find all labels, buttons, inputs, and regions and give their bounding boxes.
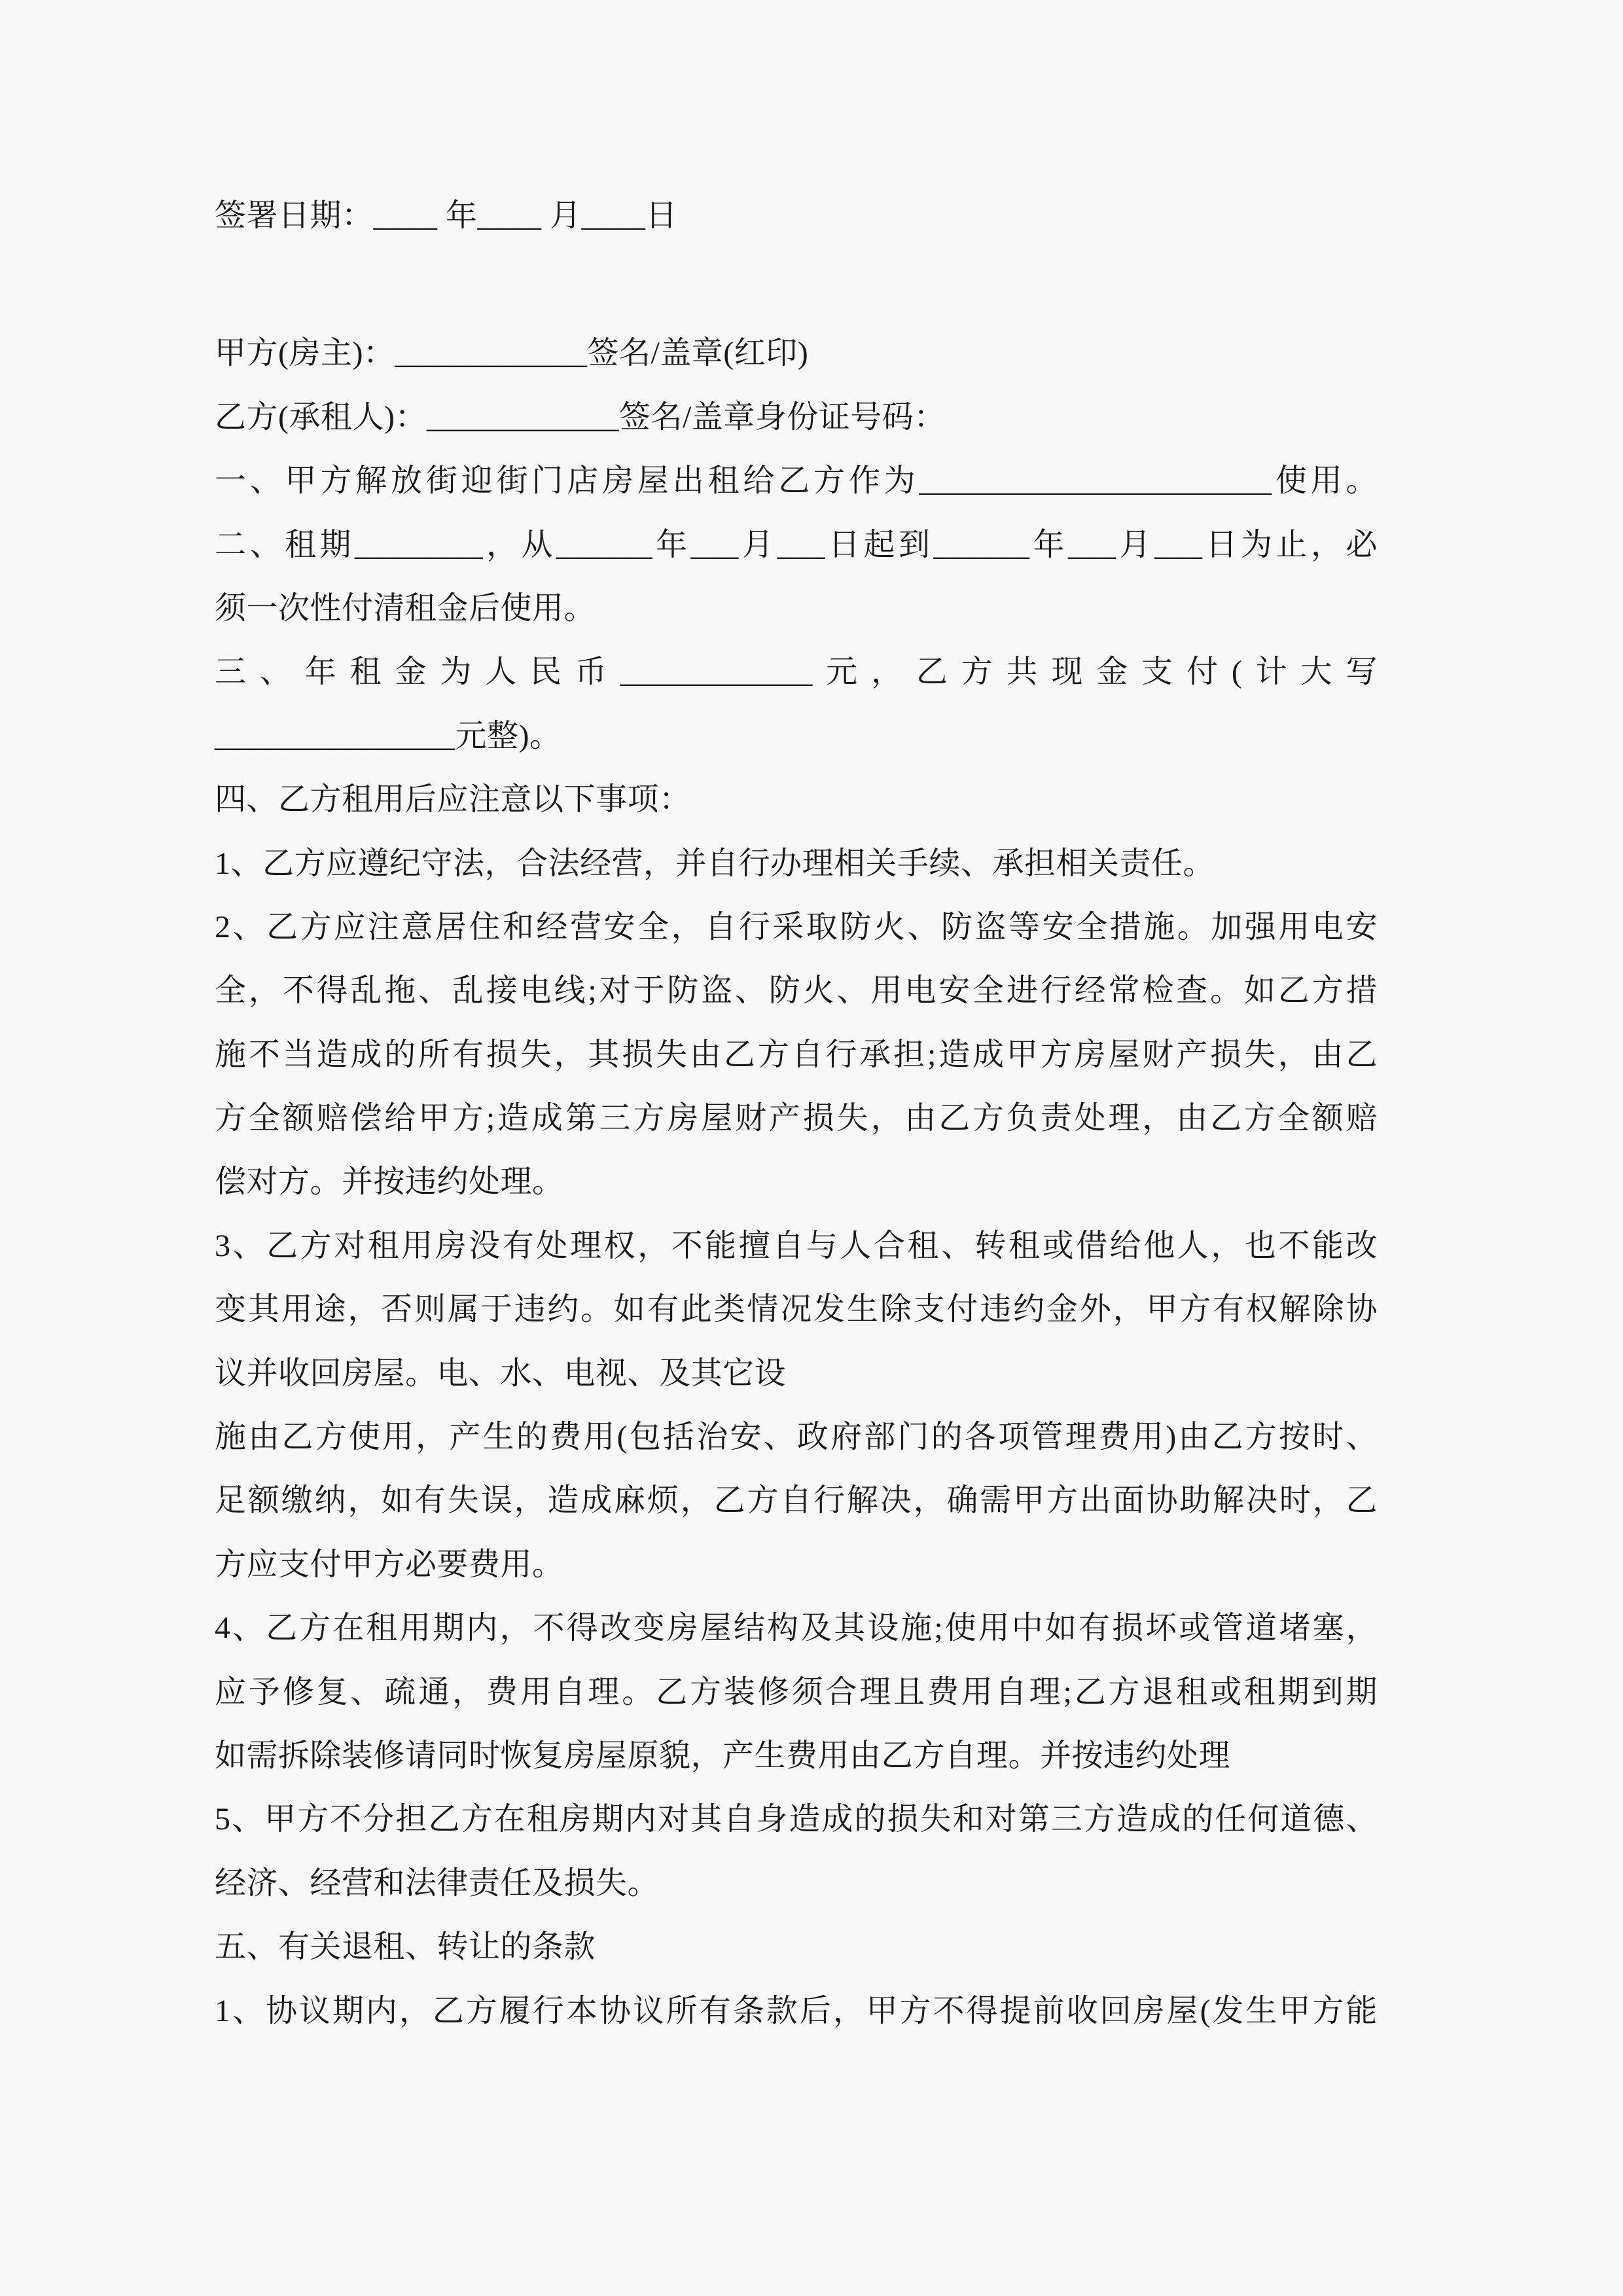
document-line: 施不当造成的所有损失，其损失由乙方自行承担;造成甲方房屋财产损失，由乙 [215,1023,1378,1086]
document-line: 二、租期________，从______年___月___日起到______年__… [215,513,1378,577]
document-line: 乙方(承租人)：____________签名/盖章身份证号码： [215,386,1378,449]
contract-text-block: 签署日期：____ 年____ 月____日甲方(房主)：___________… [215,184,1378,2043]
document-line: 应予修复、疏通，费用自理。乙方装修须合理且费用自理;乙方退租或租期到期 [215,1660,1378,1724]
document-line: 1、乙方应遵纪守法，合法经营，并自行办理相关手续、承担相关责任。 [215,832,1378,895]
contract-page: 签署日期：____ 年____ 月____日甲方(房主)：___________… [0,0,1623,2296]
document-line: _______________元整)。 [215,704,1378,768]
document-line: 1、协议期内，乙方履行本协议所有条款后，甲方不得提前收回房屋(发生甲方能 [215,1979,1378,2043]
document-line: 议并收回房屋。电、水、电视、及其它设 [215,1342,1378,1405]
document-line: 如需拆除装修请同时恢复房屋原貌，产生费用由乙方自理。并按违约处理 [215,1724,1378,1787]
document-line: 3、乙方对租用房没有处理权，不能擅自与人合租、转租或借给他人，也不能改 [215,1214,1378,1278]
document-line: 四、乙方租用后应注意以下事项： [215,768,1378,831]
document-line: 变其用途，否则属于违约。如有此类情况发生除支付违约金外，甲方有权解除协 [215,1278,1378,1341]
document-line: 三、年租金为人民币____________元，乙方共现金支付(计大写 [215,640,1378,704]
blank-line [215,247,1378,321]
document-line: 须一次性付清租金后使用。 [215,577,1378,640]
document-line: 一、甲方解放街迎街门店房屋出租给乙方作为____________________… [215,449,1378,512]
document-line: 足额缴纳，如有失误，造成麻烦，乙方自行解决，确需甲方出面协助解决时，乙 [215,1469,1378,1532]
document-line: 4、乙方在租用期内，不得改变房屋结构及其设施;使用中如有损坏或管道堵塞， [215,1596,1378,1660]
document-line: 偿对方。并按违约处理。 [215,1150,1378,1213]
document-line: 五、有关退租、转让的条款 [215,1915,1378,1979]
document-line: 施由乙方使用，产生的费用(包括治安、政府部门的各项管理费用)由乙方按时、 [215,1405,1378,1469]
document-line: 甲方(房主)：____________签名/盖章(红印) [215,321,1378,385]
document-line: 2、乙方应注意居住和经营安全，自行采取防火、防盗等安全措施。加强用电安 [215,895,1378,959]
document-line: 签署日期：____ 年____ 月____日 [215,184,1378,247]
document-line: 5、甲方不分担乙方在租房期内对其自身造成的损失和对第三方造成的任何道德、 [215,1787,1378,1851]
document-line: 方全额赔偿给甲方;造成第三方房屋财产损失，由乙方负责处理，由乙方全额赔 [215,1086,1378,1150]
document-line: 全，不得乱拖、乱接电线;对于防盗、防火、用电安全进行经常检查。如乙方措 [215,959,1378,1022]
document-line: 经济、经营和法律责任及损失。 [215,1852,1378,1915]
document-line: 方应支付甲方必要费用。 [215,1533,1378,1596]
